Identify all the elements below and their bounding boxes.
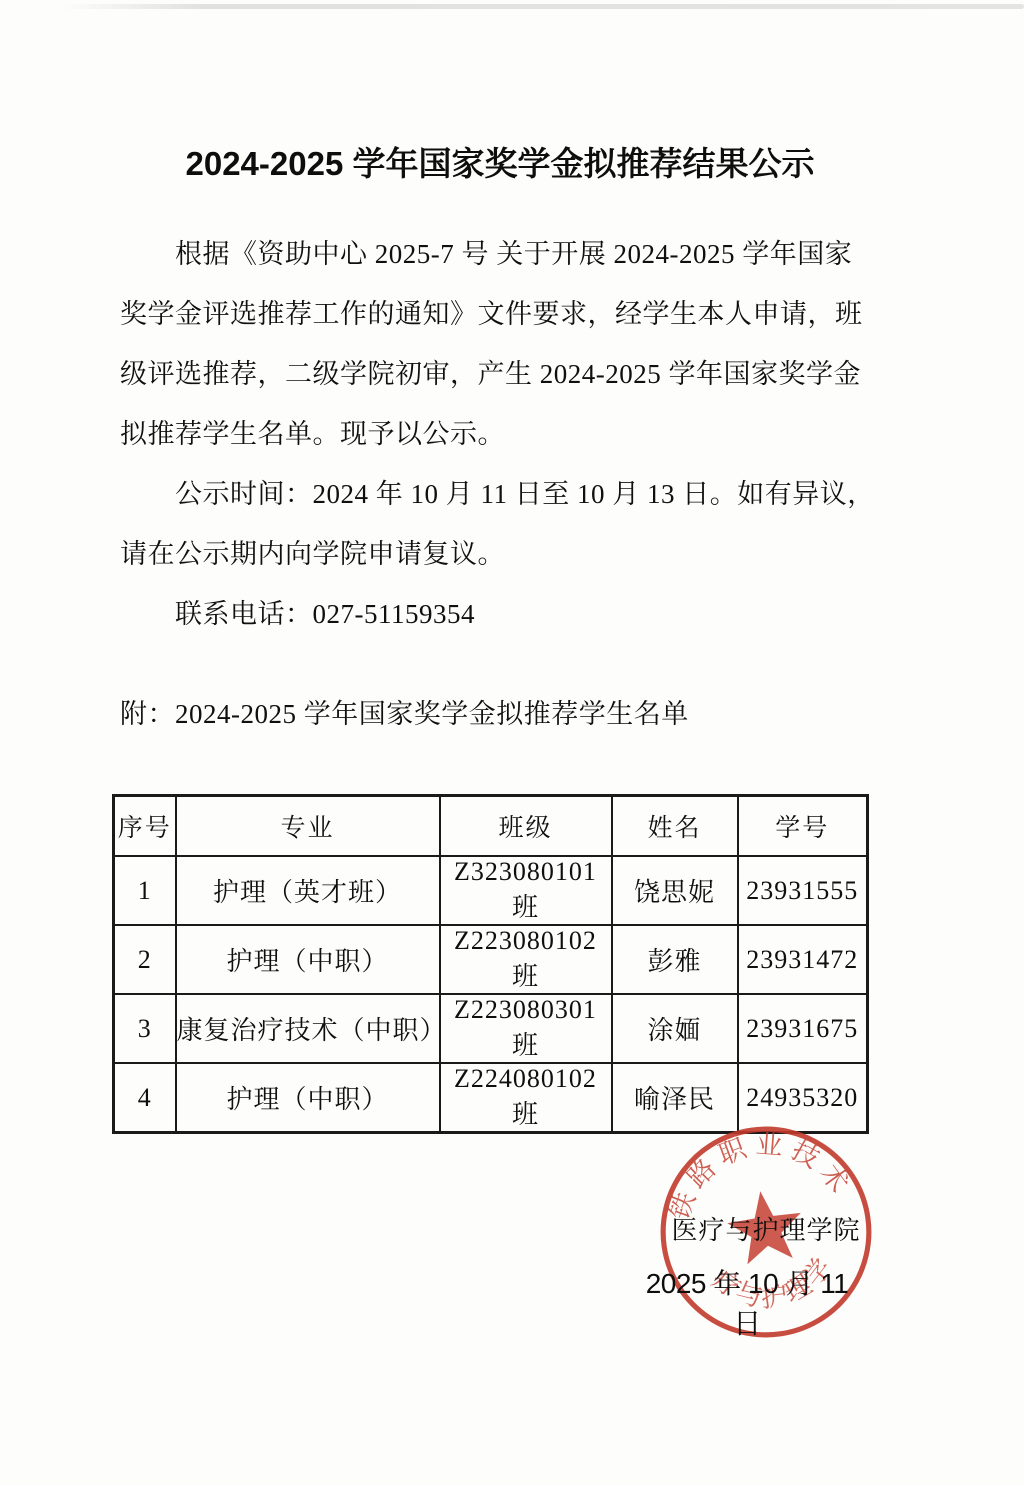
col-header-major: 专业 xyxy=(176,796,440,857)
cell-name: 喻泽民 xyxy=(612,1063,738,1133)
body-line: 请在公示期内向学院申请复议。 xyxy=(120,524,878,584)
cell-major: 护理（中职） xyxy=(176,1063,440,1133)
body-line: 根据《资助中心 2025-7 号 关于开展 2024-2025 学年国家 xyxy=(120,224,878,284)
cell-class: Z224080102 班 xyxy=(440,1063,612,1133)
cell-name: 饶思妮 xyxy=(612,856,738,925)
cell-studentid: 23931555 xyxy=(738,856,868,925)
cell-class: Z223080301 班 xyxy=(440,994,612,1063)
cell-name: 彭雅 xyxy=(612,925,738,994)
document-page: 2024-2025 学年国家奖学金拟推荐结果公示 根据《资助中心 2025-7 … xyxy=(0,0,1024,1485)
col-header-index: 序号 xyxy=(114,796,176,857)
scan-artifact-line xyxy=(60,4,1024,9)
cell-class: Z223080102 班 xyxy=(440,925,612,994)
cell-index: 4 xyxy=(114,1063,176,1133)
signature-date: 2025 年 10 月 11 日 xyxy=(634,1262,860,1342)
cell-class: Z323080101 班 xyxy=(440,856,612,925)
col-header-class: 班级 xyxy=(440,796,612,857)
table-header-row: 序号 专业 班级 姓名 学号 xyxy=(114,796,868,857)
body-line: 级评选推荐，二级学院初审，产生 2024-2025 学年国家奖学金 xyxy=(120,344,878,404)
attachment-label: 附：2024-2025 学年国家奖学金拟推荐学生名单 xyxy=(120,692,689,731)
cell-major: 护理（中职） xyxy=(176,925,440,994)
signature-department: 医疗与护理学院 xyxy=(666,1210,866,1247)
body-line: 公示时间：2024 年 10 月 11 日至 10 月 13 日。如有异议， xyxy=(120,464,878,524)
cell-index: 2 xyxy=(114,925,176,994)
cell-index: 1 xyxy=(114,856,176,925)
cell-major: 护理（英才班） xyxy=(176,856,440,925)
recommended-students-table: 序号 专业 班级 姓名 学号 1 护理（英才班） Z323080101 班 饶思… xyxy=(112,794,866,1134)
body-text: 根据《资助中心 2025-7 号 关于开展 2024-2025 学年国家 奖学金… xyxy=(120,224,878,644)
col-header-name: 姓名 xyxy=(612,796,738,857)
table-row: 2 护理（中职） Z223080102 班 彭雅 23931472 xyxy=(114,925,868,994)
cell-major: 康复治疗技术（中职） xyxy=(176,994,440,1063)
table-row: 4 护理（中职） Z224080102 班 喻泽民 24935320 xyxy=(114,1063,868,1133)
table-row: 3 康复治疗技术（中职） Z223080301 班 涂媔 23931675 xyxy=(114,994,868,1063)
cell-index: 3 xyxy=(114,994,176,1063)
cell-name: 涂媔 xyxy=(612,994,738,1063)
col-header-studentid: 学号 xyxy=(738,796,868,857)
contact-phone-line: 联系电话：027-51159354 xyxy=(120,584,878,644)
body-line: 奖学金评选推荐工作的通知》文件要求，经学生本人申请，班 xyxy=(120,284,878,344)
page-title: 2024-2025 学年国家奖学金拟推荐结果公示 xyxy=(0,138,1000,185)
cell-studentid: 23931472 xyxy=(738,925,868,994)
body-line: 拟推荐学生名单。现予以公示。 xyxy=(120,404,878,464)
cell-studentid: 23931675 xyxy=(738,994,868,1063)
table-row: 1 护理（英才班） Z323080101 班 饶思妮 23931555 xyxy=(114,856,868,925)
